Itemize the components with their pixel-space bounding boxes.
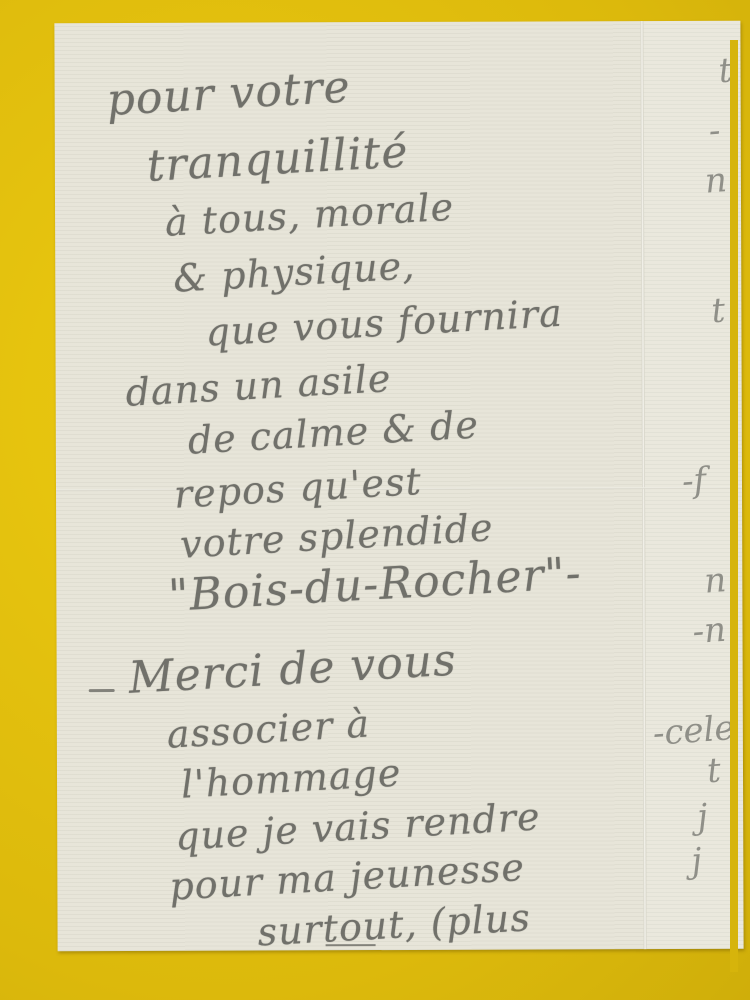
right-page-fragment: j [690, 841, 703, 882]
handwriting-line: & physique, [172, 243, 416, 300]
handwriting-line: pour votre [105, 61, 352, 126]
right-page-fragment: -n [691, 610, 727, 652]
handwriting-line: Merci de vous [127, 635, 458, 704]
letter-paper: pour votre tranquillité à tous, morale &… [54, 21, 743, 951]
handwriting-line: à tous, morale [164, 185, 455, 245]
right-page-fragment: t [710, 290, 727, 331]
right-page-fragment: -f [681, 460, 708, 502]
right-page-fragment: n [704, 160, 729, 201]
right-page-fragment: -cele [652, 708, 736, 754]
handwriting-line: que vous fournira [204, 291, 564, 355]
right-page-fragment: t [706, 750, 723, 791]
handwriting-line: tranquillité [145, 126, 409, 192]
leading-dash [89, 689, 115, 692]
background-edge [730, 40, 738, 972]
right-page-fragment: j [696, 797, 709, 838]
signature-underline [326, 944, 376, 946]
handwriting-line: associer à [166, 701, 371, 756]
handwriting-line: dans un asile [124, 356, 392, 415]
handwriting-line: repos qu'est [173, 459, 423, 517]
handwriting-line: l'hommage [180, 750, 403, 806]
handwriting-line: surtout, (plus [256, 895, 531, 954]
right-page-fragment: n [703, 560, 728, 601]
handwriting-line: de calme & de [187, 403, 480, 463]
